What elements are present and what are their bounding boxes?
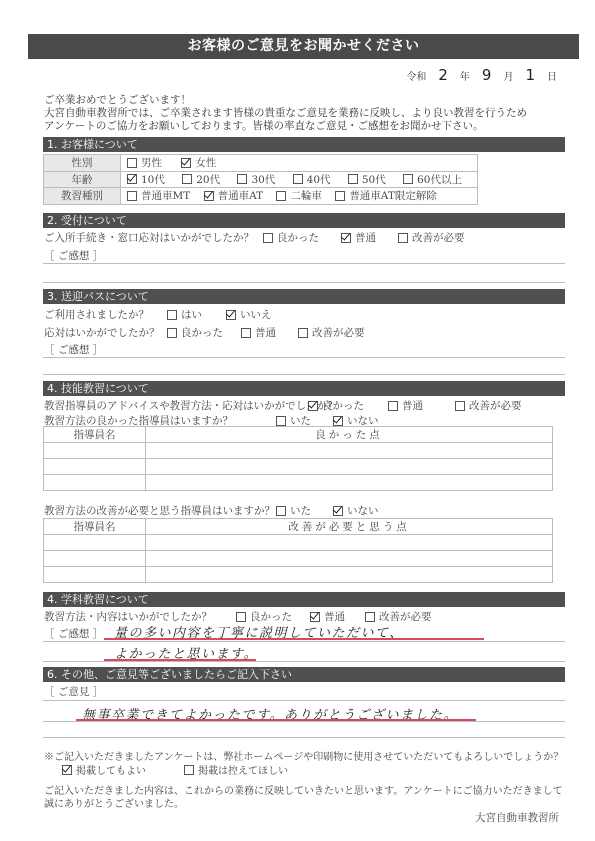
option-label: 良かった [277, 230, 319, 245]
checkbox-icon[interactable] [348, 174, 358, 184]
instructor-name-cell[interactable] [44, 535, 146, 551]
option-label: はい [181, 307, 202, 322]
improvement-points-cell[interactable] [146, 535, 553, 551]
checkbox-icon[interactable] [388, 401, 398, 411]
col-instructor-name: 指導員名 [44, 519, 146, 535]
date-day-unit: 日 [547, 68, 557, 83]
checkbox-icon[interactable] [276, 506, 286, 516]
option-label: 50代 [362, 172, 386, 187]
checkbox-icon[interactable] [276, 416, 286, 426]
option-good[interactable]: 良かった [167, 325, 223, 340]
option-label: 掲載してもよい [76, 762, 146, 777]
option-publish-decline[interactable]: 掲載は控えてほしい [184, 762, 288, 777]
section-1-header: 1. お客様について [43, 137, 565, 152]
option-label: いた [290, 503, 311, 518]
improve-instructor-question: 教習方法の改善が必要と思う指導員はいますか？ [44, 503, 276, 518]
option-publish-ok[interactable]: 掲載してもよい [62, 762, 146, 777]
course-type-options: 普通車MT 普通車AT 二輪車 普通車AT限定解除 [121, 188, 478, 205]
option-good[interactable]: 良かった [308, 398, 364, 413]
table-row [44, 567, 553, 583]
course-type-label: 教習種別 [44, 188, 121, 205]
checkbox-icon[interactable] [237, 174, 247, 184]
option-good[interactable]: 良かった [263, 230, 319, 245]
option-female[interactable]: 女性 [181, 155, 216, 170]
col-instructor-name: 指導員名 [44, 427, 146, 443]
checkbox-icon[interactable] [403, 174, 413, 184]
option-average[interactable]: 普通 [341, 230, 376, 245]
intro-line-2: 大宮自動車教習所では、ご卒業されます皆様の貴重なご意見を業務に反映し、より良い教… [44, 107, 527, 120]
checkbox-icon[interactable] [167, 310, 177, 320]
table-row [44, 443, 553, 459]
date-month[interactable]: 9 [476, 66, 498, 84]
option-label: 普通 [355, 230, 376, 245]
table-header-row: 指導員名 改善が必要と思う点 [44, 519, 553, 535]
option-average[interactable]: 普通 [241, 325, 276, 340]
intro-text: ご卒業おめでとうございます！ 大宮自動車教習所では、ご卒業されます皆様の貴重なご… [44, 94, 527, 133]
instructor-name-cell[interactable] [44, 551, 146, 567]
checkbox-icon[interactable] [127, 158, 137, 168]
signature: 大宮自動車教習所 [475, 810, 559, 825]
option-needs-improvement[interactable]: 改善が必要 [455, 398, 522, 413]
option-regular-mt[interactable]: 普通車MT [127, 188, 190, 203]
option-label: 普通車AT [218, 188, 264, 203]
checkbox-icon[interactable] [293, 174, 303, 184]
option-label: 男性 [141, 155, 162, 170]
option-30s[interactable]: 30代 [237, 172, 275, 187]
bus-usage-question: ご利用されましたか？ [44, 307, 167, 322]
comment-line[interactable] [43, 374, 565, 375]
option-label: 改善が必要 [469, 398, 522, 413]
red-underline [104, 638, 484, 640]
checkbox-checked-icon[interactable] [333, 416, 343, 426]
option-label: 普通 [402, 398, 423, 413]
option-label: いいえ [240, 307, 272, 322]
age-label: 年齢 [44, 171, 121, 188]
skill-instructor-row: 教習指導員のアドバイスや教習方法・応対はいかがでしたか？ 良かった 普通 改善が… [44, 398, 538, 413]
checkbox-icon[interactable] [298, 328, 308, 338]
checkbox-icon[interactable] [398, 233, 408, 243]
option-yes-had[interactable]: いた [276, 503, 311, 518]
option-label: 二輪車 [290, 188, 322, 203]
closing-line-1: ご記入いただきました内容は、これからの業務に反映していきたいと思います。アンケー… [44, 785, 563, 798]
option-label: 普通車AT限定解除 [349, 188, 437, 203]
date-month-unit: 月 [503, 68, 513, 83]
table-row [44, 535, 553, 551]
consent-question: ※ご記入いただきましたアンケートは、弊社ホームページや印刷物に使用させていただい… [44, 748, 563, 763]
intro-line-3: アンケートのご協力をお願いしております。皆様の率直なご意見・ご感想をお聞かせ下さ… [44, 120, 527, 133]
comment-line[interactable] [43, 661, 565, 662]
improve-instructor-table: 指導員名 改善が必要と思う点 [43, 518, 553, 583]
comment-line[interactable] [43, 700, 565, 701]
instructor-name-cell[interactable] [44, 459, 146, 475]
table-row [44, 459, 553, 475]
age-options: 10代 20代 30代 40代 50代 60代以上 [121, 171, 478, 188]
good-points-cell[interactable] [146, 443, 553, 459]
option-label: 10代 [141, 172, 165, 187]
checkbox-icon[interactable] [184, 765, 194, 775]
checkbox-icon[interactable] [455, 401, 465, 411]
checkbox-checked-icon[interactable] [204, 191, 214, 201]
other-comment-label: ［ ご意見 ］ [44, 684, 103, 699]
reception-comment-label: ［ ご感想 ］ [44, 248, 103, 263]
instructor-name-cell[interactable] [44, 475, 146, 491]
checkbox-icon[interactable] [167, 328, 177, 338]
customer-info-table: 性別 男性 女性 年齢 10代 20代 30代 40代 50代 60代以上 教習… [43, 154, 478, 205]
comment-line[interactable] [43, 641, 565, 642]
option-at-limit-removal[interactable]: 普通車AT限定解除 [335, 188, 437, 203]
checkbox-icon[interactable] [365, 612, 375, 622]
date-row: 令和 2 年 9 月 1 日 [406, 66, 557, 84]
table-row [44, 475, 553, 491]
option-label: 女性 [195, 155, 216, 170]
bus-service-question: 応対はいかがでしたか？ [44, 325, 167, 340]
checkbox-checked-icon[interactable] [341, 233, 351, 243]
option-male[interactable]: 男性 [127, 155, 162, 170]
option-label: 良かった [322, 398, 364, 413]
option-60s-plus[interactable]: 60代以上 [403, 172, 462, 187]
option-label: 30代 [251, 172, 275, 187]
table-row [44, 551, 553, 567]
option-20s[interactable]: 20代 [182, 172, 220, 187]
checkbox-icon[interactable] [182, 174, 192, 184]
lecture-comment-label: ［ ご感想 ］ [44, 626, 103, 641]
col-good-points: 良かった点 [146, 427, 553, 443]
age-row: 年齢 10代 20代 30代 40代 50代 60代以上 [44, 171, 478, 188]
option-label: 60代以上 [417, 172, 462, 187]
checkbox-checked-icon[interactable] [310, 612, 320, 622]
good-points-cell[interactable] [146, 475, 553, 491]
option-needs-improvement[interactable]: 改善が必要 [398, 230, 465, 245]
comment-line[interactable] [43, 263, 565, 264]
section-3-header: 3. 送迎バスについて [43, 289, 565, 304]
gender-row: 性別 男性 女性 [44, 155, 478, 172]
skill-instructor-question: 教習指導員のアドバイスや教習方法・応対はいかがでしたか？ [44, 398, 308, 413]
option-40s[interactable]: 40代 [293, 172, 331, 187]
checkbox-icon[interactable] [241, 328, 251, 338]
intro-line-1: ご卒業おめでとうございます！ [44, 94, 527, 107]
course-type-row: 教習種別 普通車MT 普通車AT 二輪車 普通車AT限定解除 [44, 188, 478, 205]
checkbox-icon[interactable] [276, 191, 286, 201]
gender-options: 男性 女性 [121, 155, 478, 172]
date-year[interactable]: 2 [432, 66, 454, 84]
improve-instructor-row: 教習方法の改善が必要と思う指導員はいますか？ いた いない [44, 503, 395, 518]
table-header-row: 指導員名 良かった点 [44, 427, 553, 443]
checkbox-icon[interactable] [236, 612, 246, 622]
option-yes[interactable]: はい [167, 307, 202, 322]
option-motorcycle[interactable]: 二輪車 [276, 188, 322, 203]
gender-label: 性別 [44, 155, 121, 172]
option-label: 良かった [181, 325, 223, 340]
improvement-points-cell[interactable] [146, 567, 553, 583]
option-average[interactable]: 普通 [388, 398, 423, 413]
section-6-header: 6. その他、ご意見等ございましたらご記入下さい [43, 667, 565, 682]
option-label: 改善が必要 [312, 325, 365, 340]
checkbox-checked-icon[interactable] [333, 506, 343, 516]
checkbox-checked-icon[interactable] [62, 765, 72, 775]
checkbox-icon[interactable] [263, 233, 273, 243]
instructor-name-cell[interactable] [44, 443, 146, 459]
bus-comment-label: ［ ご感想 ］ [44, 342, 103, 357]
consent-options: 掲載してもよい 掲載は控えてほしい [62, 762, 304, 777]
comment-line[interactable] [43, 357, 565, 358]
option-label: 普通 [255, 325, 276, 340]
option-label: いない [347, 503, 379, 518]
checkbox-icon[interactable] [335, 191, 345, 201]
bus-service-row: 応対はいかがでしたか？ 良かった 普通 改善が必要 [44, 325, 381, 340]
improvement-points-cell[interactable] [146, 551, 553, 567]
option-label: 普通車MT [141, 188, 190, 203]
date-day[interactable]: 1 [519, 66, 541, 84]
checkbox-checked-icon[interactable] [127, 174, 137, 184]
option-label: 40代 [307, 172, 331, 187]
good-points-cell[interactable] [146, 459, 553, 475]
reception-question-row: ご入所手続き・窓口応対はいかがでしたか？ 良かった 普通 改善が必要 [44, 230, 481, 245]
comment-line[interactable] [43, 282, 565, 283]
section-2-header: 2. 受付について [43, 213, 565, 228]
section-4-header: 4. 技能教習について [43, 381, 565, 396]
checkbox-icon[interactable] [127, 191, 137, 201]
option-50s[interactable]: 50代 [348, 172, 386, 187]
good-instructor-table: 指導員名 良かった点 [43, 426, 553, 491]
option-no[interactable]: いいえ [226, 307, 272, 322]
checkbox-checked-icon[interactable] [226, 310, 236, 320]
comment-line[interactable] [43, 737, 565, 738]
closing-text: ご記入いただきました内容は、これからの業務に反映していきたいと思います。アンケー… [44, 785, 563, 811]
option-label: 20代 [196, 172, 220, 187]
bus-usage-row: ご利用されましたか？ はい いいえ [44, 307, 288, 322]
checkbox-checked-icon[interactable] [308, 401, 318, 411]
date-era: 令和 [406, 68, 426, 83]
form-title: お客様のご意見をお聞かせください [28, 34, 579, 59]
option-10s[interactable]: 10代 [127, 172, 165, 187]
option-label: 掲載は控えてほしい [198, 762, 288, 777]
option-none[interactable]: いない [333, 503, 379, 518]
reception-question: ご入所手続き・窓口応対はいかがでしたか？ [44, 230, 263, 245]
section-5-header: 4. 学科教習について [43, 592, 565, 607]
option-regular-at[interactable]: 普通車AT [204, 188, 264, 203]
checkbox-checked-icon[interactable] [181, 158, 191, 168]
comment-line[interactable] [43, 721, 565, 722]
option-label: 改善が必要 [412, 230, 465, 245]
date-year-unit: 年 [460, 68, 470, 83]
instructor-name-cell[interactable] [44, 567, 146, 583]
option-needs-improvement[interactable]: 改善が必要 [298, 325, 365, 340]
col-improvement-points: 改善が必要と思う点 [146, 519, 553, 535]
